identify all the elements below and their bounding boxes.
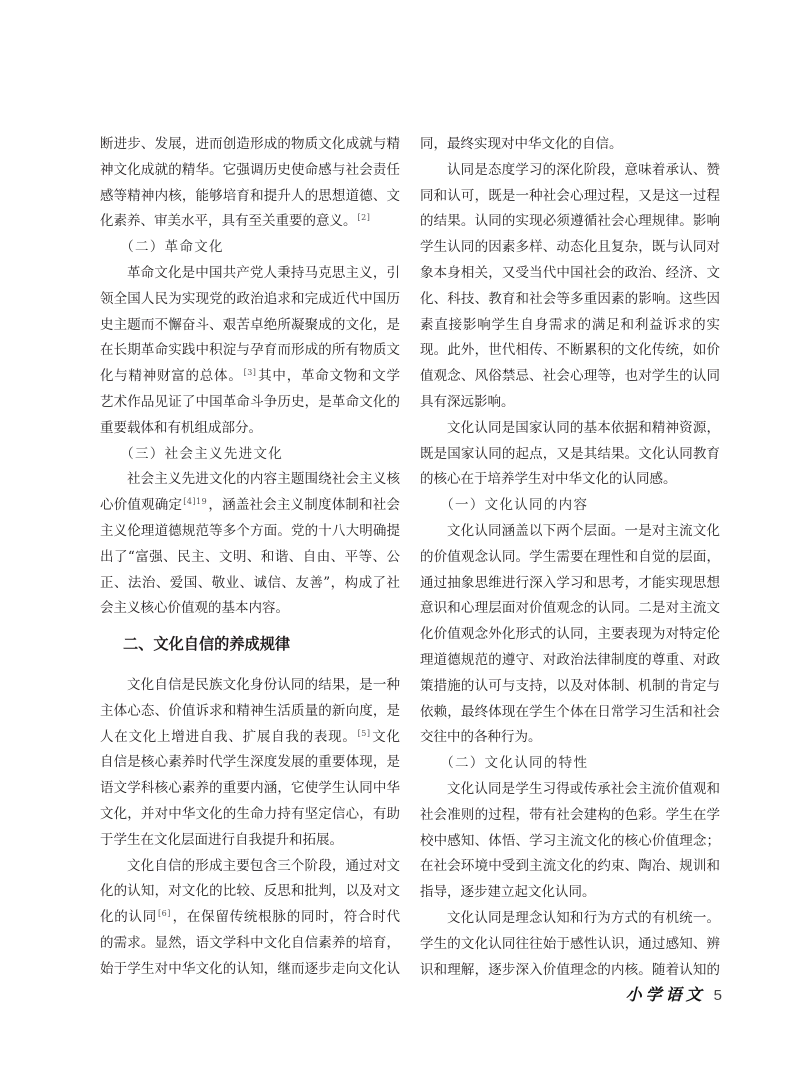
text-run: 的核心在于培养学生对中华文化的认同感。 — [420, 471, 677, 487]
body-paragraph: 文化自信的形成主要包含三个阶段，通过对文化的认知，对文化的比较、反思和批判，以及… — [100, 854, 400, 983]
text-line: 策措施的认可与支持，以及对体制、机制的肯定与 — [420, 674, 720, 700]
text-line: 于学生在文化层面进行自我提升和拓展。 — [100, 828, 400, 854]
text-line: 人在文化上增进自我、扩展自我的表现。[5]文化 — [100, 725, 400, 751]
text-run: 现。此外，世代相传、不断累积的文化传统，如价 — [420, 342, 720, 358]
text-run: 化与精神财富的总体。 — [100, 368, 243, 384]
text-run: 既是国家认同的起点，又是其结果。文化认同教育 — [420, 446, 720, 462]
page-number: 5 — [714, 987, 722, 1004]
text-line: 文化，并对中华文化的生命力持有坚定信心，有助 — [100, 802, 400, 828]
text-run: 象本身相关，又受当代中国社会的政治、经济、文 — [420, 265, 720, 281]
page-footer: 小学语文 5 — [626, 982, 722, 1005]
text-line: 化素养、审美水平，具有至关重要的意义。[2] — [100, 209, 400, 235]
text-run: 理道德规范的遵守、对政治法律制度的尊重、对政 — [420, 652, 720, 668]
text-line: 化价值观念外化形式的认同，主要表现为对特定伦 — [420, 622, 720, 648]
journal-page: 断进步、发展，进而创造形成的物质文化成就与精神文化成就的精华。它强调历史使命感与… — [0, 0, 800, 1077]
citation-marker: [2] — [358, 213, 371, 222]
text-run: 始于学生对中华文化的认知，继而逐步走向文化认 — [100, 961, 400, 977]
text-line: 学生的文化认同往往始于感性认识，通过感知、辨 — [420, 932, 720, 958]
text-run: 指导，逐步建立起文化认同。 — [420, 884, 596, 900]
text-line: 艺术作品见证了中国革命斗争历史，是革命文化的 — [100, 390, 400, 416]
text-line: 素直接影响学生自身需求的满足和利益诉求的实 — [420, 313, 720, 339]
text-run: 的需求。显然，语文学科中文化自信素养的培育， — [100, 935, 400, 951]
text-run: 值观念、风俗禁忌、社会心理等，也对学生的认同 — [420, 368, 720, 384]
body-paragraph: 文化认同是国家认同的基本依据和精神资源，既是国家认同的起点，又是其结果。文化认同… — [420, 416, 720, 493]
text-line: 化的认同[6]，在保留传统根脉的同时，符合时代 — [100, 905, 400, 931]
text-run: 依赖，最终体现在学生个体在日常学习生活和社会 — [420, 704, 720, 720]
text-run: 会主义核心价值观的基本内容。 — [100, 600, 289, 616]
citation-marker: [5] — [358, 729, 371, 738]
text-line: 的结果。认同的实现必须遵循社会心理规律。影响 — [420, 209, 720, 235]
text-run: 具有深远影响。 — [420, 394, 515, 410]
text-run: 校中感知、体悟、学习主流文化的核心价值理念； — [420, 833, 720, 849]
text-run: 重要载体和有机组成部分。 — [100, 420, 262, 436]
text-run: 社会主义先进文化的内容主题围绕社会主义核 — [127, 471, 400, 487]
text-line: 学生认同的因素多样、动态化且复杂，既与认同对 — [420, 235, 720, 261]
section-heading: 二、文化自信的养成规律 — [100, 632, 400, 658]
text-line: 始于学生对中华文化的认知，继而逐步走向文化认 — [100, 957, 400, 983]
text-line: 文化认同是理念认知和行为方式的有机统一。 — [420, 906, 720, 932]
text-run: 文化认同是学生习得或传承社会主流价值观和 — [447, 781, 720, 797]
citation-marker: [6] — [158, 909, 171, 918]
text-run: 断进步、发展，进而创造形成的物质文化成就与精 — [100, 136, 400, 152]
text-line: 文化认同涵盖以下两个层面。一是对主流文化 — [420, 519, 720, 545]
text-run: 通过抽象思维进行深入学习和思考，才能实现思想 — [420, 575, 720, 591]
text-line: 意识和心理层面对价值观念的认同。二是对主流文 — [420, 596, 720, 622]
text-run: 学生的文化认同往往始于感性认识，通过感知、辨 — [420, 936, 720, 952]
text-line: 正、法治、爱国、敬业、诚信、友善”，构成了社 — [100, 571, 400, 597]
text-run: 神文化成就的精华。它强调历史使命感与社会责任 — [100, 162, 400, 178]
text-line: 心价值观确定[4]19，涵盖社会主义制度体制和社会 — [100, 493, 400, 519]
text-run: 文化 — [371, 729, 400, 745]
text-run: 化素养、审美水平，具有至关重要的意义。 — [100, 213, 357, 229]
body-paragraph: 断进步、发展，进而创造形成的物质文化成就与精神文化成就的精华。它强调历史使命感与… — [100, 132, 400, 235]
text-line: 理道德规范的遵守、对政治法律制度的尊重、对政 — [420, 648, 720, 674]
text-line: 文化认同是国家认同的基本依据和精神资源， — [420, 416, 720, 442]
text-run: 主体心态、价值诉求和精神生活质量的新向度，是 — [100, 703, 400, 719]
text-line: 的价值观念认同。学生需要在理性和自觉的层面， — [420, 545, 720, 571]
text-line: 同和认可，既是一种社会心理过程，又是这一过程 — [420, 184, 720, 210]
text-run: 于学生在文化层面进行自我提升和拓展。 — [100, 832, 343, 848]
text-run: 同，最终实现对中华文化的自信。 — [420, 136, 623, 152]
text-line: 神文化成就的精华。它强调历史使命感与社会责任 — [100, 158, 400, 184]
text-line: 断进步、发展，进而创造形成的物质文化成就与精 — [100, 132, 400, 158]
text-line: 既是国家认同的起点，又是其结果。文化认同教育 — [420, 442, 720, 468]
text-run: 策措施的认可与支持，以及对体制、机制的肯定与 — [420, 678, 720, 694]
body-paragraph: 认同是态度学习的深化阶段，意味着承认、赞同和认可，既是一种社会心理过程，又是这一… — [420, 158, 720, 416]
text-line: 指导，逐步建立起文化认同。 — [420, 880, 720, 906]
text-line: 象本身相关，又受当代中国社会的政治、经济、文 — [420, 261, 720, 287]
text-run: 艺术作品见证了中国革命斗争历史，是革命文化的 — [100, 394, 400, 410]
text-line: 自信是核心素养时代学生深度发展的重要体现，是 — [100, 750, 400, 776]
body-paragraph: 社会主义先进文化的内容主题围绕社会主义核心价值观确定[4]19，涵盖社会主义制度… — [100, 467, 400, 622]
text-run: 化的认知，对文化的比较、反思和批判，以及对文 — [100, 883, 400, 899]
text-run: 识和理解，逐步深入价值理念的内核。随着认知的 — [420, 962, 720, 978]
text-line: 革命文化是中国共产党人秉持马克思主义，引 — [100, 261, 400, 287]
section-subheading: （三）社会主义先进文化 — [100, 442, 400, 468]
text-run: 自信是核心素养时代学生深度发展的重要体现，是 — [100, 754, 400, 770]
body-paragraph: 文化认同涵盖以下两个层面。一是对主流文化的价值观念认同。学生需要在理性和自觉的层… — [420, 519, 720, 751]
text-line: 化、科技、教育和社会等多重因素的影响。这些因 — [420, 287, 720, 313]
text-line: 同，最终实现对中华文化的自信。 — [420, 132, 720, 158]
text-line: 值观念、风俗禁忌、社会心理等，也对学生的认同 — [420, 364, 720, 390]
text-line: 社会主义先进文化的内容主题围绕社会主义核 — [100, 467, 400, 493]
text-line: 史主题而不懈奋斗、艰苦卓绝所凝聚成的文化，是 — [100, 313, 400, 339]
journal-name: 小学语文 — [626, 982, 706, 1005]
text-run: 正、法治、爱国、敬业、诚信、友善”，构成了社 — [100, 575, 400, 591]
text-line: 语文学科核心素养的重要内涵，它使学生认同中华 — [100, 776, 400, 802]
text-line: 具有深远影响。 — [420, 390, 720, 416]
text-run: 社会准则的过程，带有社会建构的色彩。学生在学 — [420, 807, 720, 823]
text-line: 通过抽象思维进行深入学习和思考，才能实现思想 — [420, 571, 720, 597]
text-line: 现。此外，世代相传、不断累积的文化传统，如价 — [420, 338, 720, 364]
text-run: 出了“富强、民主、文明、和谐、自由、平等、公 — [100, 549, 400, 565]
section-subheading: （一）文化认同的内容 — [420, 493, 720, 519]
section-subheading: （二）革命文化 — [100, 235, 400, 261]
text-run: 同和认可，既是一种社会心理过程，又是这一过程 — [420, 188, 720, 204]
text-run: ，在保留传统根脉的同时，符合时代 — [172, 909, 400, 925]
citation-marker: [4]19 — [183, 497, 207, 506]
text-run: 交往中的各种行为。 — [420, 729, 542, 745]
text-line: 的核心在于培养学生对中华文化的认同感。 — [420, 467, 720, 493]
text-run: 素直接影响学生自身需求的满足和利益诉求的实 — [420, 317, 720, 333]
text-run: 在社会环境中受到主流文化的约束、陶冶、规训和 — [420, 858, 720, 874]
text-line: 识和理解，逐步深入价值理念的内核。随着认知的 — [420, 958, 720, 984]
text-line: 校中感知、体悟、学习主流文化的核心价值理念； — [420, 829, 720, 855]
text-run: 文化自信的形成主要包含三个阶段，通过对文 — [127, 858, 400, 874]
text-run: 主义伦理道德规范等多个方面。党的十八大明确提 — [100, 523, 400, 539]
text-line: 在长期革命实践中积淀与孕育而形成的所有物质文 — [100, 338, 400, 364]
body-paragraph: 文化认同是理念认知和行为方式的有机统一。学生的文化认同往往始于感性认识，通过感知… — [420, 906, 720, 983]
text-line: 主义伦理道德规范等多个方面。党的十八大明确提 — [100, 519, 400, 545]
section-subheading: （二）文化认同的特性 — [420, 751, 720, 777]
right-text-column: 同，最终实现对中华文化的自信。认同是态度学习的深化阶段，意味着承认、赞同和认可，… — [420, 132, 720, 983]
text-run: 在长期革命实践中积淀与孕育而形成的所有物质文 — [100, 342, 400, 358]
text-line: 领全国人民为实现党的政治追求和完成近代中国历 — [100, 287, 400, 313]
text-run: 其中，革命文物和文学 — [257, 368, 400, 384]
text-run: 史主题而不懈奋斗、艰苦卓绝所凝聚成的文化，是 — [100, 317, 400, 333]
text-run: 文化自信是民族文化身份认同的结果，是一种 — [127, 677, 400, 693]
text-line: 会主义核心价值观的基本内容。 — [100, 596, 400, 622]
text-run: 语文学科核心素养的重要内涵，它使学生认同中华 — [100, 780, 400, 796]
text-line: 主体心态、价值诉求和精神生活质量的新向度，是 — [100, 699, 400, 725]
text-run: 文化认同是国家认同的基本依据和精神资源， — [447, 420, 720, 436]
text-line: 依赖，最终体现在学生个体在日常学习生活和社会 — [420, 700, 720, 726]
text-line: 的需求。显然，语文学科中文化自信素养的培育， — [100, 931, 400, 957]
text-run: ，涵盖社会主义制度体制和社会 — [208, 497, 400, 513]
text-line: 化与精神财富的总体。[3]其中，革命文物和文学 — [100, 364, 400, 390]
text-line: 社会准则的过程，带有社会建构的色彩。学生在学 — [420, 803, 720, 829]
body-paragraph: 文化自信是民族文化身份认同的结果，是一种主体心态、价值诉求和精神生活质量的新向度… — [100, 673, 400, 854]
text-run: 认同是态度学习的深化阶段，意味着承认、赞 — [447, 162, 720, 178]
text-line: 认同是态度学习的深化阶段，意味着承认、赞 — [420, 158, 720, 184]
text-line: 感等精神内核，能够培育和提升人的思想道德、文 — [100, 184, 400, 210]
text-line: 文化自信是民族文化身份认同的结果，是一种 — [100, 673, 400, 699]
body-paragraph: 革命文化是中国共产党人秉持马克思主义，引领全国人民为实现党的政治追求和完成近代中… — [100, 261, 400, 442]
text-run: 化的认同 — [100, 909, 157, 925]
text-line: 在社会环境中受到主流文化的约束、陶冶、规训和 — [420, 854, 720, 880]
text-line: 化的认知，对文化的比较、反思和批判，以及对文 — [100, 879, 400, 905]
text-run: 文化认同是理念认知和行为方式的有机统一。 — [447, 910, 720, 926]
text-line: 文化认同是学生习得或传承社会主流价值观和 — [420, 777, 720, 803]
text-line: 重要载体和有机组成部分。 — [100, 416, 400, 442]
text-run: 学生认同的因素多样、动态化且复杂，既与认同对 — [420, 239, 720, 255]
text-run: 心价值观确定 — [100, 497, 182, 513]
text-run: 化价值观念外化形式的认同，主要表现为对特定伦 — [420, 626, 720, 642]
text-run: 的结果。认同的实现必须遵循社会心理规律。影响 — [420, 213, 720, 229]
text-run: 感等精神内核，能够培育和提升人的思想道德、文 — [100, 188, 400, 204]
text-run: 化、科技、教育和社会等多重因素的影响。这些因 — [420, 291, 720, 307]
text-run: 文化认同涵盖以下两个层面。一是对主流文化 — [447, 523, 720, 539]
text-run: 人在文化上增进自我、扩展自我的表现。 — [100, 729, 357, 745]
body-paragraph: 文化认同是学生习得或传承社会主流价值观和社会准则的过程，带有社会建构的色彩。学生… — [420, 777, 720, 906]
text-line: 交往中的各种行为。 — [420, 725, 720, 751]
left-text-column: 断进步、发展，进而创造形成的物质文化成就与精神文化成就的精华。它强调历史使命感与… — [100, 132, 400, 983]
text-run: 意识和心理层面对价值观念的认同。二是对主流文 — [420, 600, 720, 616]
text-line: 文化自信的形成主要包含三个阶段，通过对文 — [100, 854, 400, 880]
text-line: 出了“富强、民主、文明、和谐、自由、平等、公 — [100, 545, 400, 571]
citation-marker: [3] — [244, 368, 257, 377]
text-run: 的价值观念认同。学生需要在理性和自觉的层面， — [420, 549, 720, 565]
text-run: 革命文化是中国共产党人秉持马克思主义，引 — [127, 265, 400, 281]
text-run: 领全国人民为实现党的政治追求和完成近代中国历 — [100, 291, 400, 307]
text-run: 文化，并对中华文化的生命力持有坚定信心，有助 — [100, 806, 400, 822]
body-paragraph: 同，最终实现对中华文化的自信。 — [420, 132, 720, 158]
